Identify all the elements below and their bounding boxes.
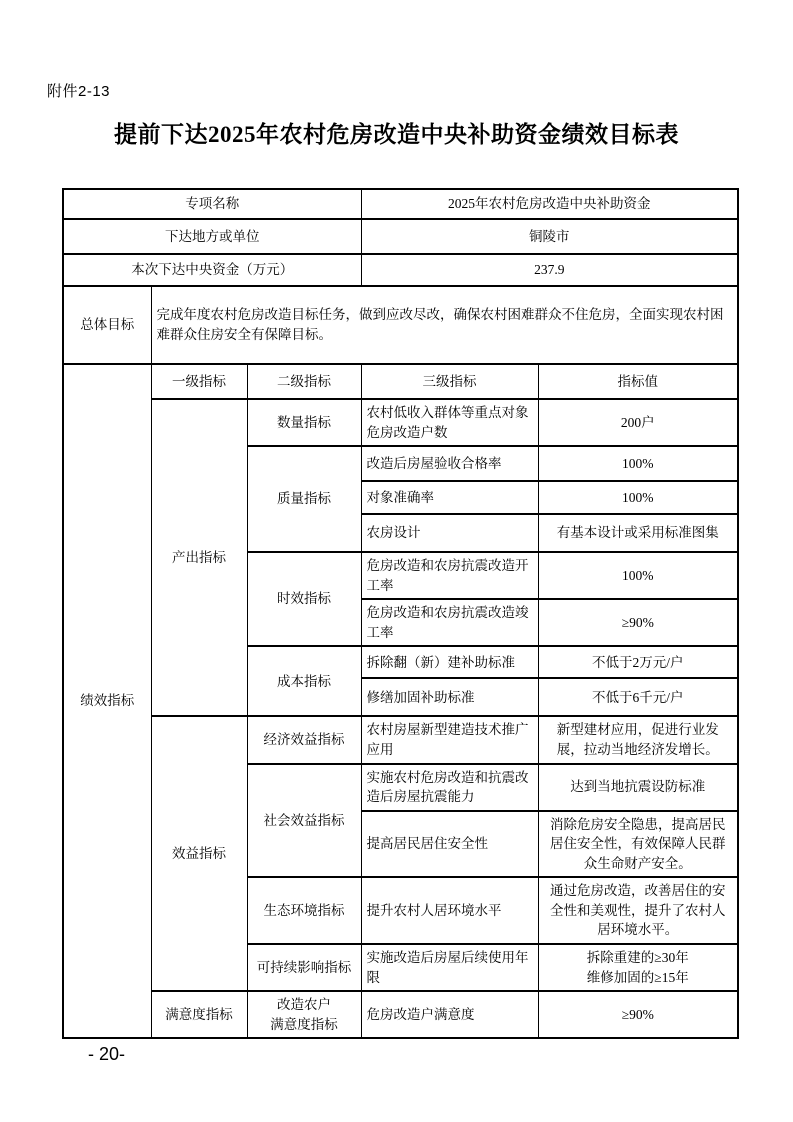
info-value-central-funds: 237.9	[361, 254, 738, 286]
level3-completion-rate: 危房改造和农房抗震改造竣工率	[361, 599, 538, 646]
value-target-accuracy: 100%	[538, 481, 738, 514]
header-level1: 一级指标	[151, 364, 247, 399]
level3-rebuild-subsidy: 拆除翻（新）建补助标准	[361, 646, 538, 678]
level3-acceptance-rate: 改造后房屋验收合格率	[361, 446, 538, 481]
level3-living-safety: 提高居民居住安全性	[361, 811, 538, 878]
info-label-project-name: 专项名称	[63, 189, 361, 219]
value-satisfaction: ≥90%	[538, 991, 738, 1038]
document-page: 附件2-13 提前下达2025年农村危房改造中央补助资金绩效目标表 专项名称 2…	[0, 0, 793, 1122]
table-row: 总体目标 完成年度农村危房改造目标任务，做到应改尽改，确保农村困难群众不住危房，…	[63, 286, 738, 364]
value-completion-rate: ≥90%	[538, 599, 738, 646]
page-number: - 20-	[88, 1044, 125, 1065]
level2-timeliness: 时效指标	[247, 552, 361, 646]
value-service-life: 拆除重建的≥30年 维修加固的≥15年	[538, 944, 738, 991]
level1-benefit: 效益指标	[151, 716, 247, 991]
value-living-environment: 通过危房改造，改善居住的安全性和美观性，提升了农村人居环境水平。	[538, 877, 738, 944]
level2-quality: 质量指标	[247, 446, 361, 552]
performance-section-label: 绩效指标	[63, 364, 151, 1038]
level2-household-satisfaction: 改造农户 满意度指标	[247, 991, 361, 1038]
level2-social: 社会效益指标	[247, 764, 361, 878]
table-row: 产出指标 数量指标 农村低收入群体等重点对象危房改造户数 200户	[63, 399, 738, 446]
table-row: 下达地方或单位 铜陵市	[63, 219, 738, 254]
info-value-issued-to: 铜陵市	[361, 219, 738, 254]
level3-living-environment: 提升农村人居环境水平	[361, 877, 538, 944]
header-value: 指标值	[538, 364, 738, 399]
level2-quantity: 数量指标	[247, 399, 361, 446]
level2-cost: 成本指标	[247, 646, 361, 716]
value-households: 200户	[538, 399, 738, 446]
level3-start-rate: 危房改造和农房抗震改造开工率	[361, 552, 538, 599]
attachment-label: 附件2-13	[47, 80, 110, 101]
value-new-tech: 新型建材应用，促进行业发展，拉动当地经济发增长。	[538, 716, 738, 763]
level3-seismic: 实施农村危房改造和抗震改造后房屋抗震能力	[361, 764, 538, 811]
level3-repair-subsidy: 修缮加固补助标准	[361, 678, 538, 716]
level1-satisfaction: 满意度指标	[151, 991, 247, 1038]
info-value-project-name: 2025年农村危房改造中央补助资金	[361, 189, 738, 219]
level2-sustainability: 可持续影响指标	[247, 944, 361, 991]
level3-satisfaction: 危房改造户满意度	[361, 991, 538, 1038]
value-living-safety: 消除危房安全隐患，提高居民居住安全性，有效保障人民群众生命财产安全。	[538, 811, 738, 878]
level1-output: 产出指标	[151, 399, 247, 716]
table-row: 效益指标 经济效益指标 农村房屋新型建造技术推广应用 新型建材应用，促进行业发展…	[63, 716, 738, 763]
page-title: 提前下达2025年农村危房改造中央补助资金绩效目标表	[0, 116, 793, 149]
level2-economic: 经济效益指标	[247, 716, 361, 763]
table-row: 本次下达中央资金（万元） 237.9	[63, 254, 738, 286]
value-seismic: 达到当地抗震设防标准	[538, 764, 738, 811]
overall-goal-text: 完成年度农村危房改造目标任务，做到应改尽改，确保农村困难群众不住危房，全面实现农…	[151, 286, 738, 364]
info-label-issued-to: 下达地方或单位	[63, 219, 361, 254]
table-row: 满意度指标 改造农户 满意度指标 危房改造户满意度 ≥90%	[63, 991, 738, 1038]
value-acceptance-rate: 100%	[538, 446, 738, 481]
overall-goal-label: 总体目标	[63, 286, 151, 364]
level3-service-life: 实施改造后房屋后续使用年限	[361, 944, 538, 991]
header-level2: 二级指标	[247, 364, 361, 399]
table-row: 专项名称 2025年农村危房改造中央补助资金	[63, 189, 738, 219]
level3-households: 农村低收入群体等重点对象危房改造户数	[361, 399, 538, 446]
level3-house-design: 农房设计	[361, 514, 538, 552]
level3-new-tech: 农村房屋新型建造技术推广应用	[361, 716, 538, 763]
table-row: 绩效指标 一级指标 二级指标 三级指标 指标值	[63, 364, 738, 399]
performance-target-table: 专项名称 2025年农村危房改造中央补助资金 下达地方或单位 铜陵市 本次下达中…	[62, 188, 739, 1039]
info-label-central-funds: 本次下达中央资金（万元）	[63, 254, 361, 286]
value-house-design: 有基本设计或采用标准图集	[538, 514, 738, 552]
value-start-rate: 100%	[538, 552, 738, 599]
header-level3: 三级指标	[361, 364, 538, 399]
value-rebuild-subsidy: 不低于2万元/户	[538, 646, 738, 678]
level2-ecology: 生态环境指标	[247, 877, 361, 944]
value-repair-subsidy: 不低于6千元/户	[538, 678, 738, 716]
level3-target-accuracy: 对象准确率	[361, 481, 538, 514]
